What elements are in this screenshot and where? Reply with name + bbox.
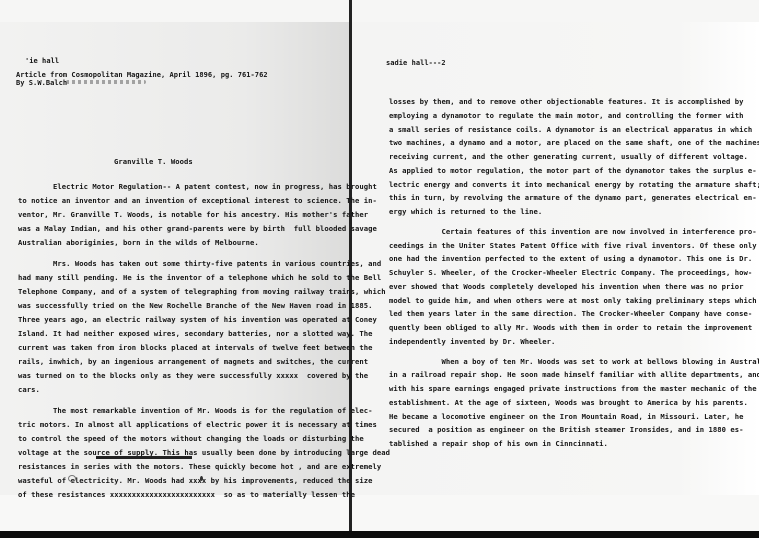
text-line: ever showed that Woods completely develo… bbox=[389, 283, 744, 290]
text-line: Schuyler S. Wheeler, of the Crocker-Whee… bbox=[389, 269, 752, 276]
text-line: establishment. At the age of sixteen, Wo… bbox=[389, 399, 748, 406]
scan-bottom-edge bbox=[0, 531, 759, 538]
text-line: Three years ago, an electric railway sys… bbox=[18, 316, 377, 323]
text-line: voltage at the source of supply. This ha… bbox=[18, 449, 390, 456]
text-line: Telephone Company, and of a system of te… bbox=[18, 288, 386, 295]
text-line: ceedings in the Uniter States Patent Off… bbox=[389, 242, 757, 249]
text-line: of these resistances xxxxxxxxxxxxxxxxxxx… bbox=[18, 491, 355, 498]
text-line: was a Malay Indian, and his other grand-… bbox=[18, 225, 377, 232]
paper-blemish bbox=[68, 475, 76, 482]
text-line: Mrs. Woods has taken out some thirty-fiv… bbox=[18, 260, 381, 267]
text-line: Australian aboriginies, born in the wild… bbox=[18, 239, 259, 246]
text-line: independently invented by Dr. Wheeler. bbox=[389, 338, 555, 345]
text-line: He became a locomotive engineer on the I… bbox=[389, 413, 744, 420]
text-line: ventor, Mr. Granville T. Woods, is notab… bbox=[18, 211, 368, 218]
text-line: current was taken from iron blocks place… bbox=[18, 344, 373, 351]
text-line: As applied to motor regulation, the moto… bbox=[389, 167, 757, 174]
text-line: tablished a repair shop of his own in Ci… bbox=[389, 440, 608, 447]
text-line: The most remarkable invention of Mr. Woo… bbox=[18, 407, 373, 414]
text-line: a small series of resistance coils. A dy… bbox=[389, 126, 752, 133]
text-line: had many still pending. He is the invent… bbox=[18, 274, 381, 281]
left-running-head: 'ie hall bbox=[25, 58, 59, 65]
text-line: quently been obliged to ally Mr. Woods w… bbox=[389, 324, 752, 331]
handwritten-underline bbox=[66, 80, 146, 84]
text-line: secured a position as engineer on the Br… bbox=[389, 426, 744, 433]
text-line: in a railroad repair shop. He soon made … bbox=[389, 371, 759, 378]
text-line: to notice an inventor and an invention o… bbox=[18, 197, 377, 204]
article-title: Granville T. Woods bbox=[114, 158, 193, 165]
ink-speck bbox=[200, 476, 203, 481]
text-line: employing a dynamotor to regulate the ma… bbox=[389, 112, 744, 119]
text-line: model to guide him, and when others were… bbox=[389, 297, 757, 304]
scan-top-margin bbox=[0, 0, 759, 22]
text-line: two machines, a dynamo and a motor, are … bbox=[389, 139, 759, 146]
text-line: losses by them, and to remove other obje… bbox=[389, 98, 744, 105]
typed-strikeout bbox=[96, 456, 192, 459]
byline: By S.W.Balch bbox=[16, 80, 67, 87]
text-line: tric motors. In almost all applications … bbox=[18, 421, 377, 428]
text-line: to control the speed of the motors witho… bbox=[18, 435, 364, 442]
text-line: When a boy of ten Mr. Woods was set to w… bbox=[389, 358, 759, 365]
text-line: was successfully tried on the New Rochel… bbox=[18, 302, 373, 309]
text-line: Electric Motor Regulation-- A patent con… bbox=[18, 183, 377, 190]
text-line: led them years later in the same directi… bbox=[389, 310, 752, 317]
text-line: receiving current, and the other generat… bbox=[389, 153, 748, 160]
text-line: Island. It had neither exposed wires, se… bbox=[18, 330, 373, 337]
scan-bottom-margin bbox=[0, 495, 759, 531]
text-line: ergy which is returned to the line. bbox=[389, 208, 542, 215]
text-line: this in turn, by revolving the armature … bbox=[389, 194, 757, 201]
text-line: one had the invention perfected to the e… bbox=[389, 255, 752, 262]
right-running-head: sadie hall---2 bbox=[386, 60, 446, 67]
text-line: cars. bbox=[18, 386, 40, 393]
text-line: Certain features of this invention are n… bbox=[389, 228, 757, 235]
text-line: lectric energy and converts it into mech… bbox=[389, 181, 759, 188]
text-line: rails, inwhich, by an ingenious arrangem… bbox=[18, 358, 368, 365]
text-line: resistances in series with the motors. T… bbox=[18, 463, 381, 470]
text-line: was turned on to the blocks only as they… bbox=[18, 372, 368, 379]
text-line: with his spare earnings engaged private … bbox=[389, 385, 757, 392]
